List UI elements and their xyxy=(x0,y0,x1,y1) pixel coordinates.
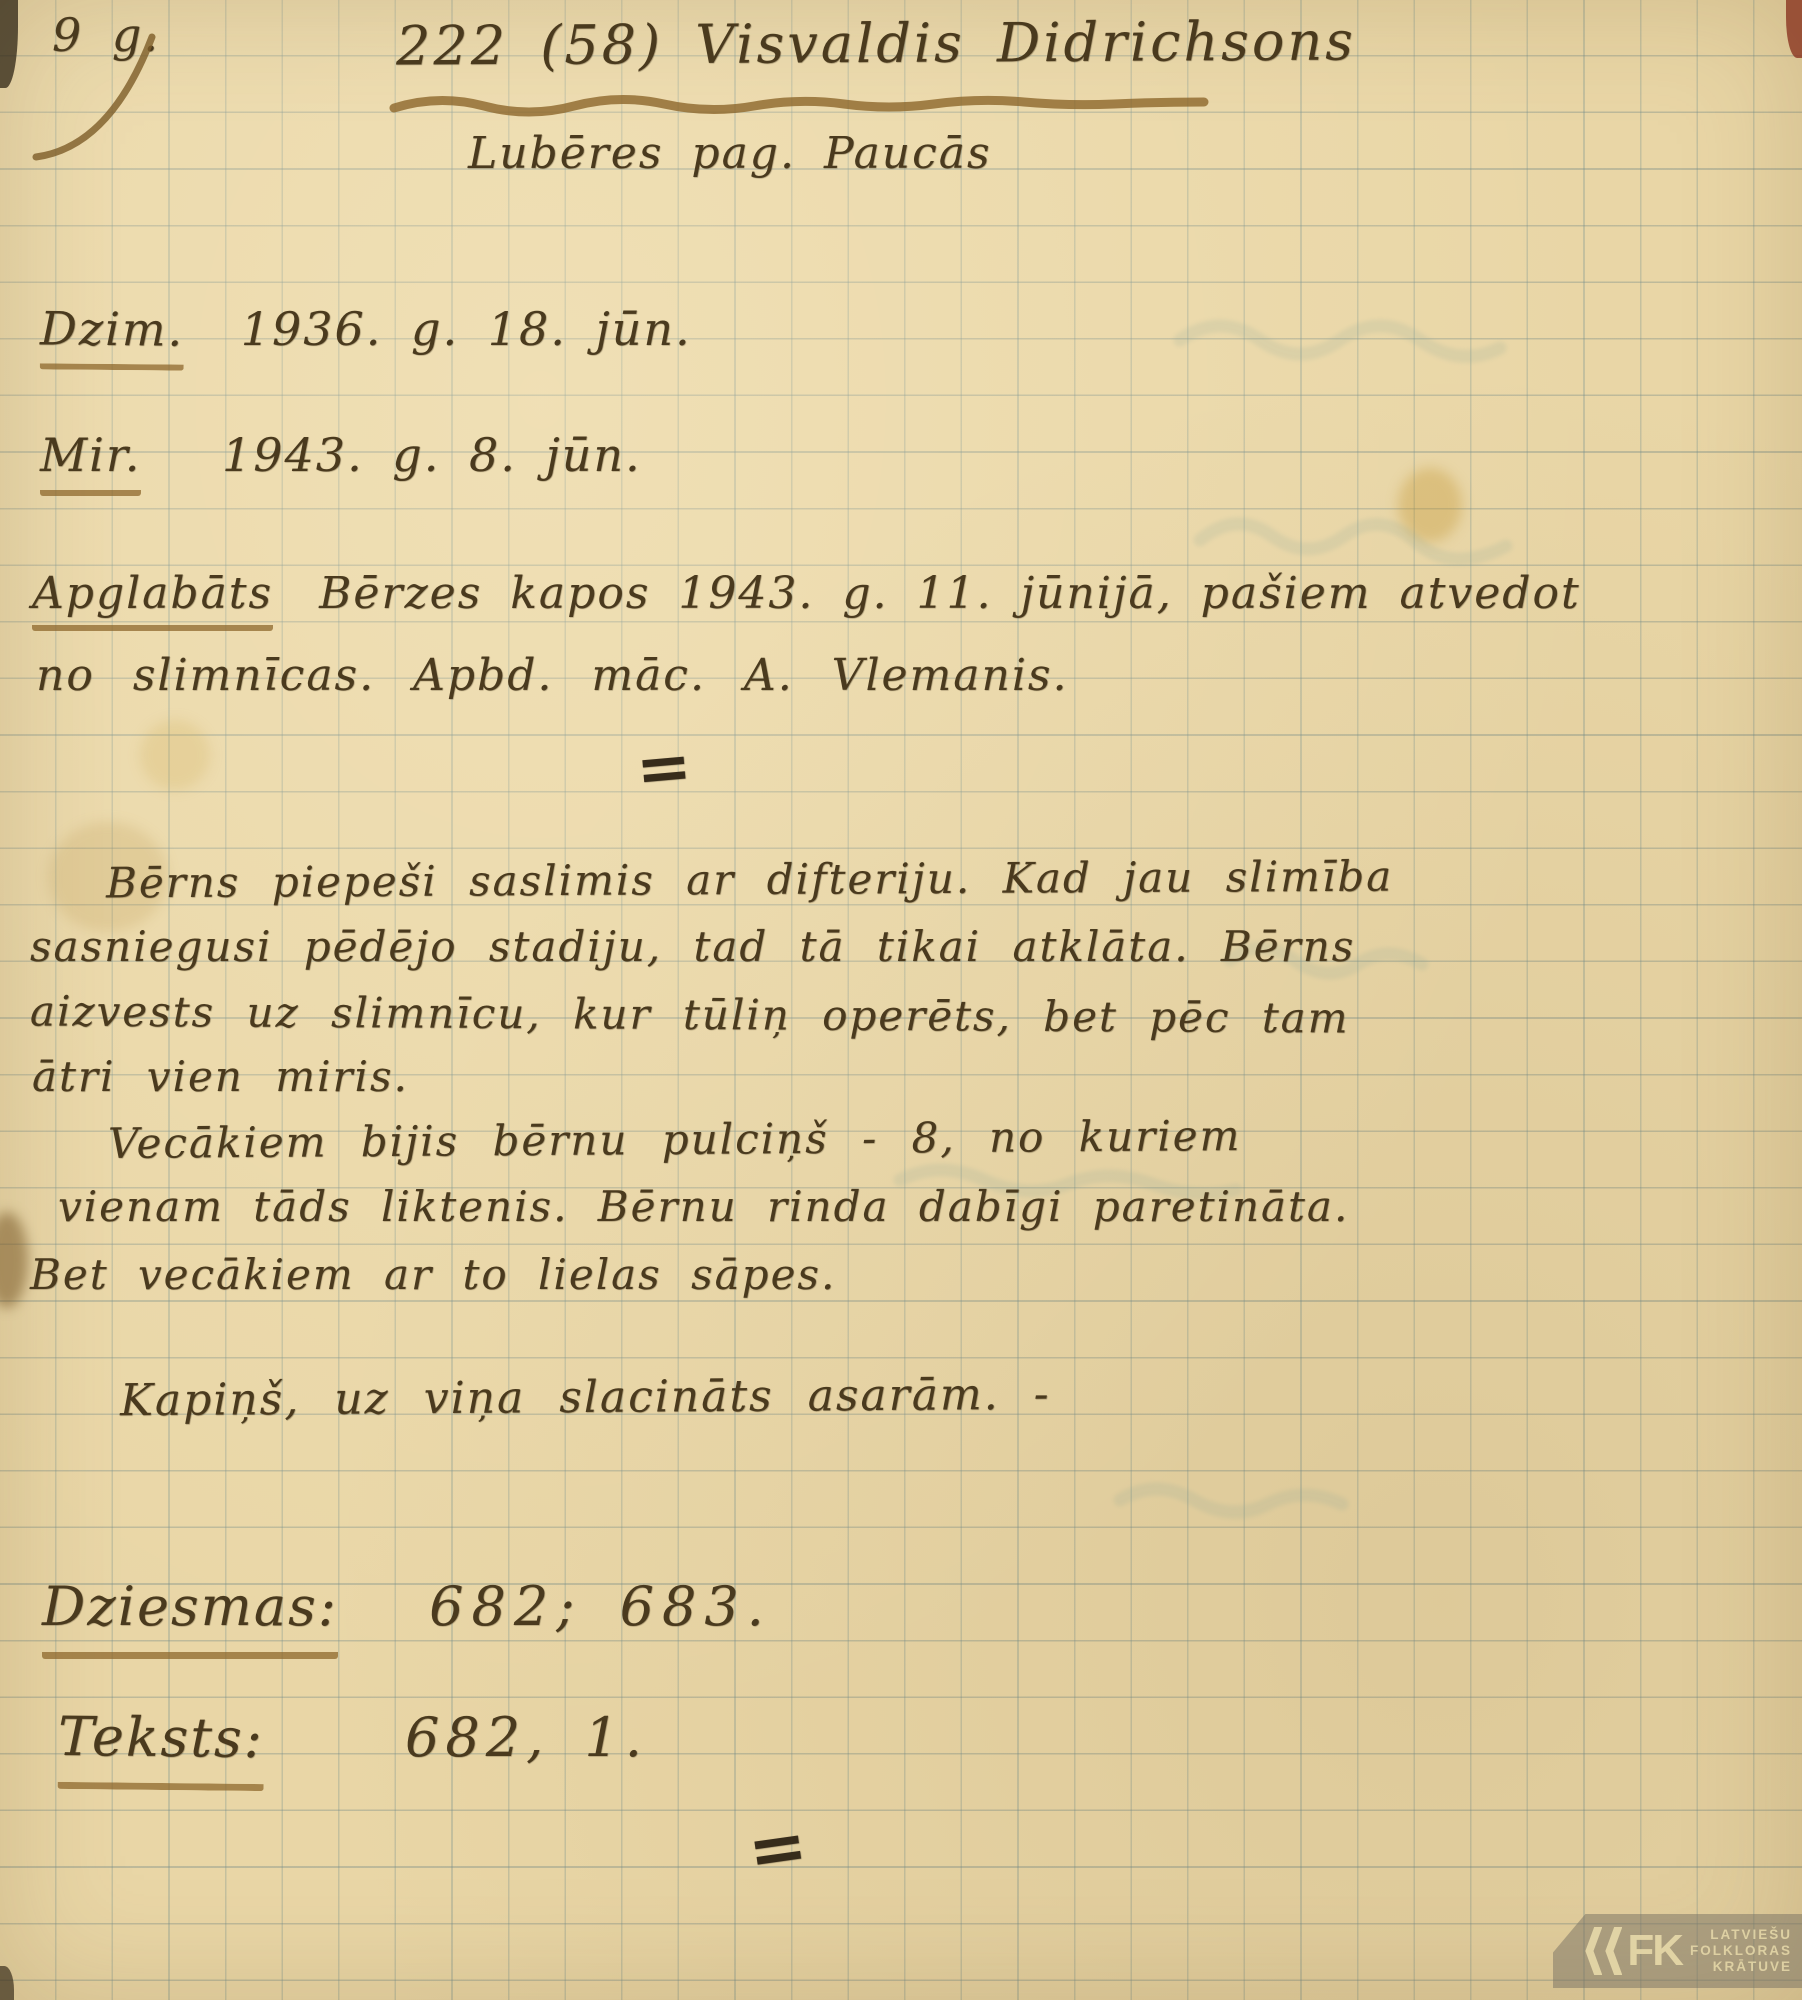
note-line-5: Vecākiem bijis bērnu pulciņš - 8, no kur… xyxy=(108,1111,1242,1168)
watermark-line-2: FOLKLORAS xyxy=(1690,1943,1792,1959)
note-line-1: Bērns piepeši saslimis ar difteriju. Kad… xyxy=(106,852,1393,908)
page-number-slash-stroke xyxy=(30,25,190,165)
note-line-6: vienam tāds liktenis. Bērnu rinda dabīgi… xyxy=(58,1182,1349,1231)
lfk-chevron-icon xyxy=(1585,1927,1602,1975)
burial-label: Apglabāts xyxy=(32,568,273,631)
text-value: 682, 1. xyxy=(405,1706,648,1769)
title-underline xyxy=(388,86,1298,128)
burial-line-2: no slimnīcas. Apbd. māc. A. Vlemanis. xyxy=(36,650,1068,701)
archive-watermark: FK LATVIEŠU FOLKLORAS KRĀTUVE xyxy=(1553,1914,1802,1988)
died-line: Mir. 1943. g. 8. jūn. xyxy=(40,428,642,496)
text-line: Teksts: 682, 1. xyxy=(58,1706,648,1790)
died-value: 1943. g. 8. jūn. xyxy=(222,428,642,482)
text-label: Teksts: xyxy=(58,1705,265,1791)
died-label: Mir. xyxy=(40,428,141,496)
burial-rest: Bērzes kapos 1943. g. 11. jūnijā, pašiem… xyxy=(319,568,1581,619)
watermark-text: LATVIEŠU FOLKLORAS KRĀTUVE xyxy=(1690,1927,1792,1975)
lfk-abbr: FK xyxy=(1627,1929,1682,1973)
note-line-7: Bet vecākiem ar to lielas sāpes. xyxy=(30,1250,836,1299)
lfk-chevron-icon xyxy=(1605,1927,1622,1975)
section-divider-2: = xyxy=(743,1802,813,1892)
record-title: 222 (58) Visvaldis Didrichsons xyxy=(396,9,1356,77)
songs-label: Dziesmas: xyxy=(42,1575,338,1659)
section-divider-1: = xyxy=(633,726,695,809)
born-label: Dzim. xyxy=(40,301,185,370)
scanned-notebook-page: 9 g. 222 (58) Visvaldis Didrichsons Lubē… xyxy=(0,0,1802,2000)
watermark-line-3: KRĀTUVE xyxy=(1690,1959,1792,1975)
note-line-4: ātri vien miris. xyxy=(32,1052,409,1101)
note-line-2: sasniegusi pēdējo stadiju, tad tā tikai … xyxy=(30,922,1355,971)
burial-line-1: Apglabāts Bērzes kapos 1943. g. 11. jūni… xyxy=(32,568,1581,631)
note-line-3: aizvests uz slimnīcu, kur tūliņ operēts,… xyxy=(30,987,1350,1043)
born-value: 1936. g. 18. jūn. xyxy=(241,302,692,356)
songs-value: 682; 683. xyxy=(429,1575,772,1638)
note-line-8: Kapiņš, uz viņa slacināts asarām. - xyxy=(120,1369,1051,1426)
lfk-logo: FK xyxy=(1585,1927,1682,1975)
record-subtitle: Lubēres pag. Paucās xyxy=(468,128,992,179)
watermark-line-1: LATVIEŠU xyxy=(1690,1927,1792,1943)
born-line: Dzim. 1936. g. 18. jūn. xyxy=(40,302,692,370)
songs-line: Dziesmas: 682; 683. xyxy=(42,1575,772,1659)
